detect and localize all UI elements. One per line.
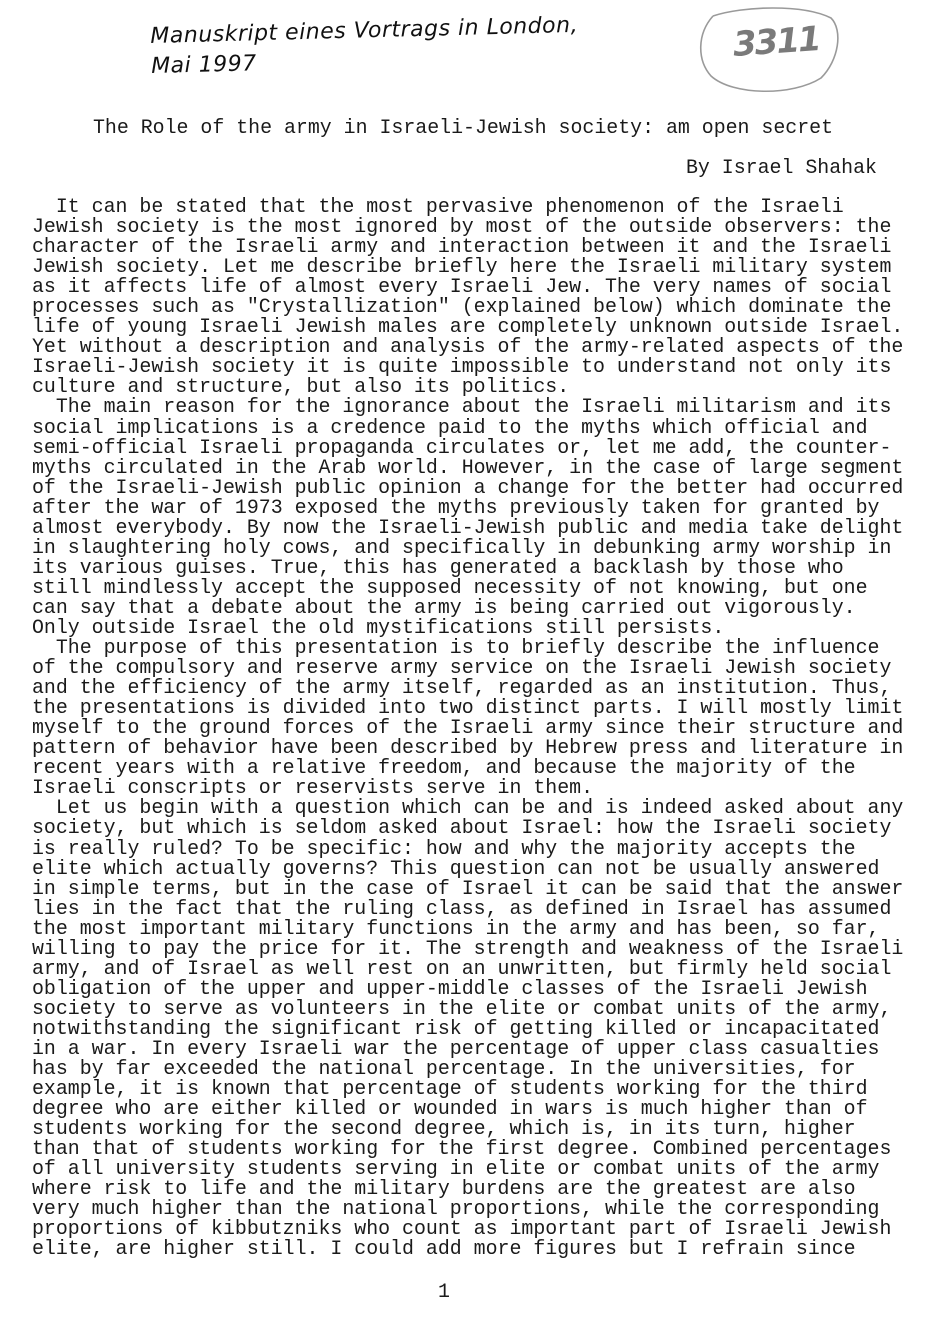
text-line: society to serve as volunteers in the el… <box>32 999 903 1019</box>
text-line: has by far exceeded the national percent… <box>32 1059 903 1079</box>
text-line: myself to the ground forces of the Israe… <box>32 718 903 738</box>
text-line: The purpose of this presentation is to b… <box>32 638 903 658</box>
text-line: Only outside Israel the old mystificatio… <box>32 618 903 638</box>
text-line: in simple terms, but in the case of Isra… <box>32 879 903 899</box>
text-line: its various guises. True, this has gener… <box>32 558 903 578</box>
text-line: army, and of Israel as well rest on an u… <box>32 959 903 979</box>
text-line: recent years with a relative freedom, an… <box>32 758 903 778</box>
text-line: character of the Israeli army and intera… <box>32 237 903 257</box>
handwritten-note: Manuskript eines Vortrags in London, Mai… <box>150 11 579 82</box>
document-title: The Role of the army in Israeli-Jewish s… <box>93 116 833 140</box>
text-line: Israeli-Jewish society it is quite impos… <box>32 357 903 377</box>
text-line: It can be stated that the most pervasive… <box>32 197 903 217</box>
text-line: and the efficiency of the army itself, r… <box>32 678 903 698</box>
text-line: processes such as "Crystallization" (exp… <box>32 297 903 317</box>
text-line: semi-official Israeli propaganda circula… <box>32 438 903 458</box>
text-line: Israeli conscripts or reservists serve i… <box>32 778 903 798</box>
text-line: as it affects life of almost every Israe… <box>32 277 903 297</box>
paragraph: The purpose of this presentation is to b… <box>32 638 903 798</box>
text-line: almost everybody. By now the Israeli-Jew… <box>32 518 903 538</box>
text-line: life of young Israeli Jewish males are c… <box>32 317 903 337</box>
text-line: Yet without a description and analysis o… <box>32 337 903 357</box>
text-line: Jewish society. Let me describe briefly … <box>32 257 903 277</box>
text-line: society, but which is seldom asked about… <box>32 818 903 838</box>
text-line: notwithstanding the significant risk of … <box>32 1019 903 1039</box>
text-line: the presentations is divided into two di… <box>32 698 903 718</box>
archive-number-stamp: 3311 <box>693 4 843 94</box>
text-line: the most important military functions in… <box>32 919 903 939</box>
text-line: elite, are higher still. I could add mor… <box>32 1239 903 1259</box>
text-line: The main reason for the ignorance about … <box>32 397 903 417</box>
text-line: social implications is a credence paid t… <box>32 418 903 438</box>
document-body: It can be stated that the most pervasive… <box>32 197 903 1259</box>
text-line: myths circulated in the Arab world. Howe… <box>32 458 903 478</box>
text-line: is really ruled? To be specific: how and… <box>32 839 903 859</box>
page-number: 1 <box>438 1280 450 1304</box>
text-line: still mindlessly accept the supposed nec… <box>32 578 903 598</box>
text-line: after the war of 1973 exposed the myths … <box>32 498 903 518</box>
text-line: obligation of the upper and upper-middle… <box>32 979 903 999</box>
paragraph: It can be stated that the most pervasive… <box>32 197 903 397</box>
text-line: of all university students serving in el… <box>32 1159 903 1179</box>
text-line: example, it is known that percentage of … <box>32 1079 903 1099</box>
text-line: students working for the second degree, … <box>32 1119 903 1139</box>
text-line: in slaughtering holy cows, and specifica… <box>32 538 903 558</box>
text-line: in a war. In every Israeli war the perce… <box>32 1039 903 1059</box>
text-line: where risk to life and the military burd… <box>32 1179 903 1199</box>
paragraph: Let us begin with a question which can b… <box>32 798 903 1259</box>
text-line: proportions of kibbutzniks who count as … <box>32 1219 903 1239</box>
text-line: can say that a debate about the army is … <box>32 598 903 618</box>
text-line: very much higher than the national propo… <box>32 1199 903 1219</box>
text-line: Jewish society is the most ignored by mo… <box>32 217 903 237</box>
document-byline: By Israel Shahak <box>686 156 877 180</box>
text-line: Let us begin with a question which can b… <box>32 798 903 818</box>
text-line: willing to pay the price for it. The str… <box>32 939 903 959</box>
archive-number: 3311 <box>732 19 821 65</box>
text-line: than that of students working for the fi… <box>32 1139 903 1159</box>
text-line: lies in the fact that the ruling class, … <box>32 899 903 919</box>
text-line: degree who are either killed or wounded … <box>32 1099 903 1119</box>
text-line: of the Israeli-Jewish public opinion a c… <box>32 478 903 498</box>
paragraph: The main reason for the ignorance about … <box>32 397 903 638</box>
text-line: elite which actually governs? This quest… <box>32 859 903 879</box>
text-line: of the compulsory and reserve army servi… <box>32 658 903 678</box>
text-line: pattern of behavior have been described … <box>32 738 903 758</box>
text-line: culture and structure, but also its poli… <box>32 377 903 397</box>
